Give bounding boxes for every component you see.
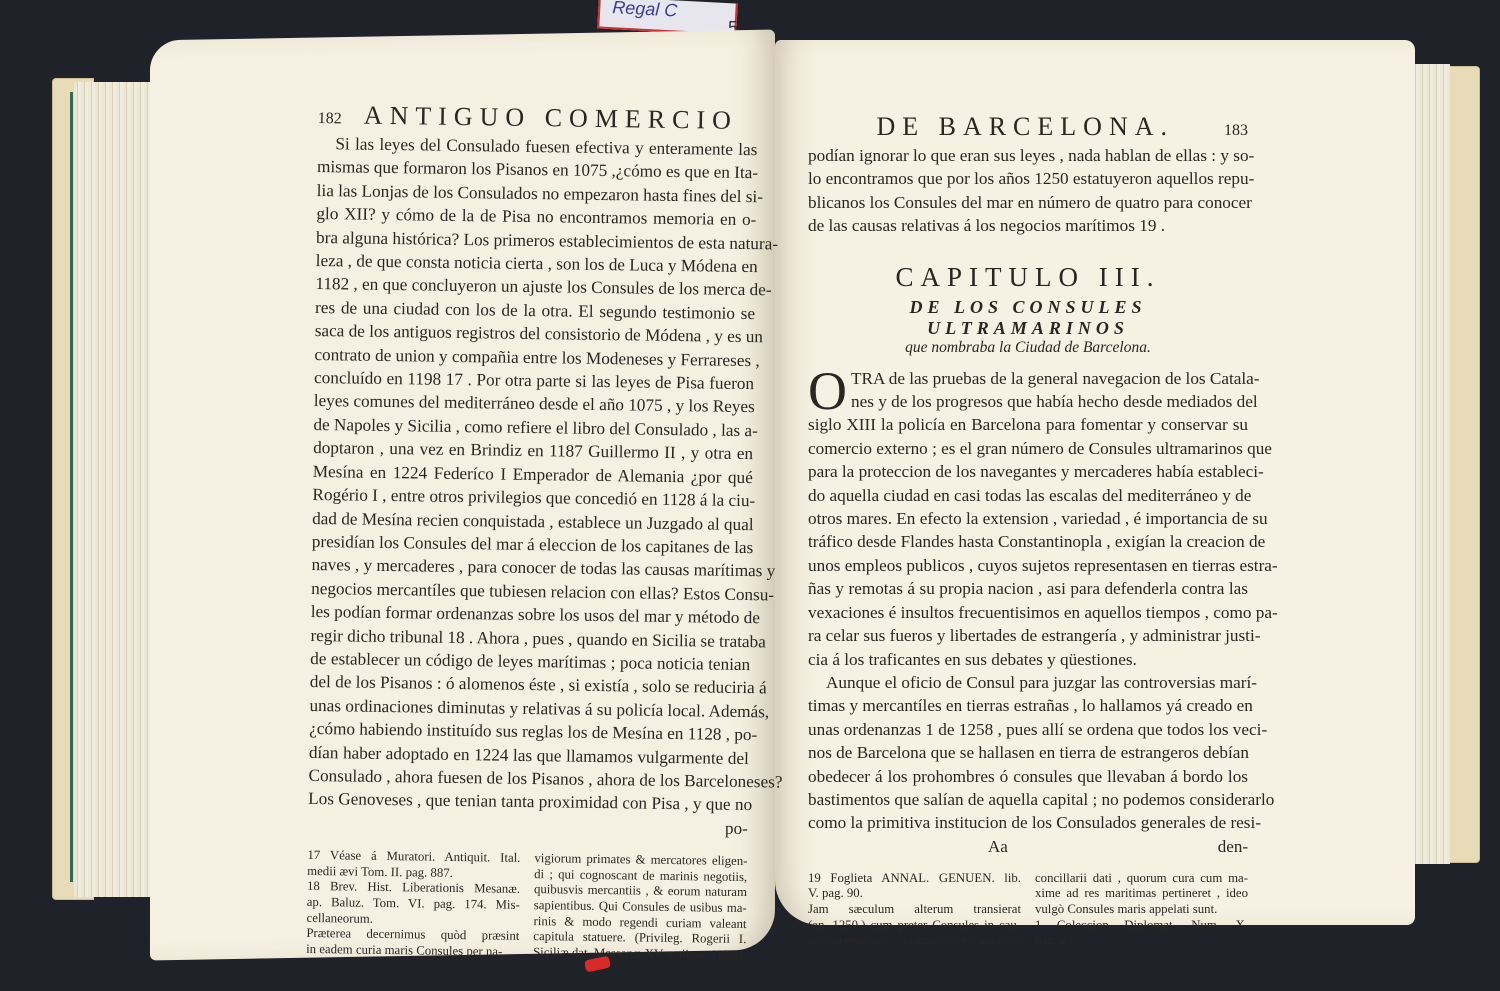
chapter-subtitle-secondary: que nombraba la Ciudad de Barcelona. xyxy=(808,339,1248,357)
text-line: do aquella ciudad en casi todas las esca… xyxy=(808,484,1248,507)
text-line: 1 Coleccion Diplomat. Num. X. xyxy=(1035,918,1248,934)
right-page-text: DE BARCELONA. 183 podían ignorar lo que … xyxy=(808,112,1248,949)
left-page-text: 182 ANTIGUO COMERCIO Si las leyes del Co… xyxy=(306,100,758,963)
text-line: podían ignorar lo que eran sus leyes , n… xyxy=(808,144,1248,167)
text-line: Aunque el oficio de Consul para juzgar l… xyxy=(808,671,1248,694)
text-line: vexaciones é insultos frecuentisimos en … xyxy=(808,601,1248,624)
text-line: Jam sæculum alterum transierat xyxy=(808,902,1021,918)
running-head-title: ANTIGUO COMERCIO xyxy=(364,101,739,136)
text-line: cia á los traficantes en sus debates y q… xyxy=(808,648,1248,671)
running-head-title: DE BARCELONA. xyxy=(876,112,1174,142)
cover-edge-green xyxy=(70,92,73,882)
text-line: siglo XIII la policía en Barcelona para … xyxy=(808,413,1248,436)
left-running-head: 182 ANTIGUO COMERCIO xyxy=(318,100,758,136)
text-line: de las causas relativas á los negocios m… xyxy=(808,214,1248,237)
signature-line: Aa den- xyxy=(808,837,1248,857)
right-running-head: DE BARCELONA. 183 xyxy=(808,112,1248,142)
shelf-label-text: Regal C xyxy=(612,0,678,21)
footnote-column: concillarii dati , quorum cura cum ma-xi… xyxy=(1035,871,1248,949)
right-body-top: podían ignorar lo que eran sus leyes , n… xyxy=(808,144,1248,238)
text-line: obedecer á los prohombres ó consules que… xyxy=(808,765,1248,788)
text-line: V. pag. 90. xyxy=(808,886,1021,902)
text-line: unos empleos publicos , cuyos sujetos re… xyxy=(808,554,1248,577)
catchword: den- xyxy=(1218,837,1248,857)
text-line: concillarii dati , quorum cura cum ma- xyxy=(1035,871,1248,887)
text-line: 19 Foglieta ANNAL. GENUEN. lib. xyxy=(808,871,1021,887)
book-cover-right xyxy=(1448,66,1480,863)
text-line: pag. 23. xyxy=(1035,933,1248,949)
footnote-column: 19 Foglieta ANNAL. GENUEN. lib.V. pag. 9… xyxy=(808,871,1021,949)
text-line: blicanos los Consules del mar en número … xyxy=(808,191,1248,214)
chapter-title: CAPITULO III. xyxy=(808,262,1248,293)
signature-mark: Aa xyxy=(988,837,1008,857)
page-number: 183 xyxy=(1224,122,1248,140)
text-line: nos de Barcelona que se hallasen en tier… xyxy=(808,741,1248,764)
text-line: para la proteccion de los navegantes y m… xyxy=(808,460,1248,483)
chapter-subtitle: DE LOS CONSULES ULTRAMARINOS xyxy=(808,297,1248,339)
text-line: in eadem curia maris Consules per na- xyxy=(306,942,519,961)
footnote-column: 17 Véase á Muratori. Antiquit. Ital.medi… xyxy=(306,848,521,960)
text-line: ñas y remotas á su propia nacion , asi p… xyxy=(808,577,1248,600)
left-body: Si las leyes del Consulado fuesen efecti… xyxy=(308,132,757,817)
text-line: otros mares. En efecto la extension , va… xyxy=(808,507,1248,530)
text-line: lo encontramos que por los años 1250 est… xyxy=(808,167,1248,190)
text-line: xime ad res maritimas pertineret , ideo xyxy=(1035,886,1248,902)
drop-cap: O xyxy=(808,369,847,413)
text-line: timas y mercantíles en tierras estrañas … xyxy=(808,694,1248,717)
drop-cap-continuation: TRA xyxy=(851,369,889,388)
text-line: comercio externo ; es el gran número de … xyxy=(808,437,1248,460)
text-line: bastimentos que salían de aquella capita… xyxy=(808,788,1248,811)
text-line: ra celar sus fueros y libertades de estr… xyxy=(808,624,1248,647)
text-line: TRA de las pruebas de la general navegac… xyxy=(808,367,1248,390)
text-line: vulgò Consules maris appelati sunt. xyxy=(1035,902,1248,918)
text-line: (an. 1250.) cum preter Consules in cau- xyxy=(808,918,1021,934)
chapter-opening: O TRA de las pruebas de la general naveg… xyxy=(808,367,1248,835)
right-footnotes: 19 Foglieta ANNAL. GENUEN. lib.V. pag. 9… xyxy=(808,871,1248,949)
left-footnotes: 17 Véase á Muratori. Antiquit. Ital.medi… xyxy=(306,848,747,963)
footnote-column: vigiorum primates & mercatores eligen-di… xyxy=(533,851,748,963)
page-number: 182 xyxy=(318,110,342,128)
text-line: Siciliæ dat. Messanæ XV maii an. 1128.) xyxy=(533,945,746,964)
text-line: como la primitiva institucion de los Con… xyxy=(808,811,1248,834)
text-line: sis forensibus , quatuor cives socii & xyxy=(808,933,1021,949)
text-line: nes y de los progresos que había hecho d… xyxy=(808,390,1248,413)
text-line: unas ordenanzas 1 de 1258 , pues allí se… xyxy=(808,718,1248,741)
text-line: tráfico desde Flandes hasta Constantinop… xyxy=(808,530,1248,553)
right-body: TRA de las pruebas de la general navegac… xyxy=(808,367,1248,835)
